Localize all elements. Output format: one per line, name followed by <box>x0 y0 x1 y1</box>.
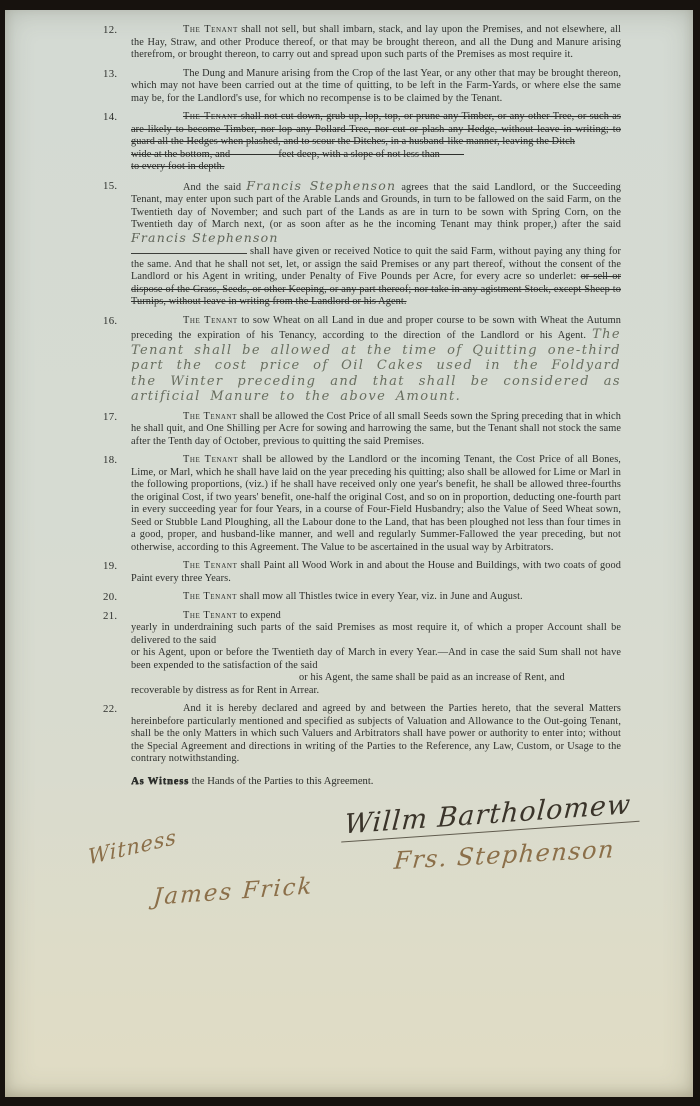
clause-text: Francis Stephenson <box>246 178 396 193</box>
clause-number: 20. <box>103 591 131 604</box>
witness-line-text: the Hands of the Parties to this Agreeme… <box>189 776 373 787</box>
witness-label-handwritten: Witness <box>88 824 178 869</box>
clause: 16.The Tenant to sow Wheat on all Land i… <box>5 315 693 405</box>
clause-text: recoverable by distress as for Rent in A… <box>131 685 319 696</box>
clause-body: The Tenant shall not cut down, grub up, … <box>131 111 621 174</box>
clause-text: shall mow all Thistles twice in every Ye… <box>237 591 523 602</box>
clauses: 12.The Tenant shall not sell, but shall … <box>5 24 693 766</box>
clause-body: The Tenant shall be allowed the Cost Pri… <box>131 411 621 449</box>
clause-body: The Tenant shall not sell, but shall imb… <box>131 24 621 62</box>
clause-body: The Tenant to sow Wheat on all Land in d… <box>131 315 621 405</box>
clause-body: The Tenant to expendyearly in underdrain… <box>131 610 621 698</box>
clause-number: 13. <box>103 68 131 106</box>
signatures-block: Willm Bartholomew Frs. Stephenson Witnes… <box>5 793 693 1023</box>
clause: 22.And it is hereby declared and agreed … <box>5 703 693 766</box>
clause: 12.The Tenant shall not sell, but shall … <box>5 24 693 62</box>
agreement-text: 12.The Tenant shall not sell, but shall … <box>5 24 693 1023</box>
signature-francis-stephenson: Frs. Stephenson <box>393 835 616 875</box>
clause-text: wide at the bottom, and feet deep, with … <box>131 149 464 160</box>
clause-body: The Dung and Manure arising from the Cro… <box>131 68 621 106</box>
clause: 21.The Tenant to expendyearly in underdr… <box>5 610 693 698</box>
clause-body: The Tenant shall mow all Thistles twice … <box>131 591 621 604</box>
clause: 20.The Tenant shall mow all Thistles twi… <box>5 591 693 604</box>
clause-body: And it is hereby declared and agreed by … <box>131 703 621 766</box>
clause-text: The Tenant <box>183 411 237 422</box>
witness-attestation-line: As Witness the Hands of the Parties to t… <box>131 776 621 787</box>
clause-text: The Tenant <box>183 560 237 571</box>
clause-number: 12. <box>103 24 131 62</box>
clause-text: The Tenant <box>183 610 237 621</box>
document-page: 12.The Tenant shall not sell, but shall … <box>5 10 693 1097</box>
clause-body: The Tenant shall Paint all Wood Work in … <box>131 560 621 585</box>
clause: 14.The Tenant shall not cut down, grub u… <box>5 111 693 174</box>
clause-text: or his Agent, the same shall be paid as … <box>299 672 565 683</box>
clause-body: The Tenant shall be allowed by the Landl… <box>131 454 621 554</box>
clause: 15.And the said Francis Stephenson agree… <box>5 180 693 309</box>
clause-text: The Tenant <box>183 454 238 465</box>
clause: 17.The Tenant shall be allowed the Cost … <box>5 411 693 449</box>
clause-number: 18. <box>103 454 131 554</box>
clause-text: The Tenant <box>183 24 238 35</box>
signature-william-bartholomew: Willm Bartholomew <box>341 788 642 842</box>
clause: 13.The Dung and Manure arising from the … <box>5 68 693 106</box>
clause-text: Francis Stephenson <box>131 230 279 245</box>
clause-text: shall be allowed by the Landlord or the … <box>131 454 621 553</box>
clause-text: And it is hereby declared and agreed by … <box>131 703 621 764</box>
signature-james-frick: James Frick <box>152 873 314 910</box>
clause-text: The Tenant <box>183 591 237 602</box>
as-witness-label: As Witness <box>131 776 189 787</box>
blank-rule <box>131 250 247 254</box>
clause-text: yearly in underdraining such parts of th… <box>131 622 621 646</box>
clause-text: And the said <box>183 182 246 193</box>
clause-number: 22. <box>103 703 131 766</box>
clause-number: 19. <box>103 560 131 585</box>
clause: 18.The Tenant shall be allowed by the La… <box>5 454 693 554</box>
clause-number: 17. <box>103 411 131 449</box>
clause-body: And the said Francis Stephenson agrees t… <box>131 180 621 309</box>
clause-text: or his Agent, upon or before the Twentie… <box>131 647 621 671</box>
clause-number: 15. <box>103 180 131 309</box>
clause-text: to every foot in depth. <box>131 161 225 172</box>
clause-text: The Tenant <box>183 111 238 122</box>
clause-text: The Dung and Manure arising from the Cro… <box>131 68 621 104</box>
clause-number: 21. <box>103 610 131 698</box>
clause-text: The Tenant <box>183 315 238 326</box>
clause-number: 14. <box>103 111 131 174</box>
clause-text: to expend <box>237 610 281 621</box>
clause-number: 16. <box>103 315 131 405</box>
clause: 19.The Tenant shall Paint all Wood Work … <box>5 560 693 585</box>
